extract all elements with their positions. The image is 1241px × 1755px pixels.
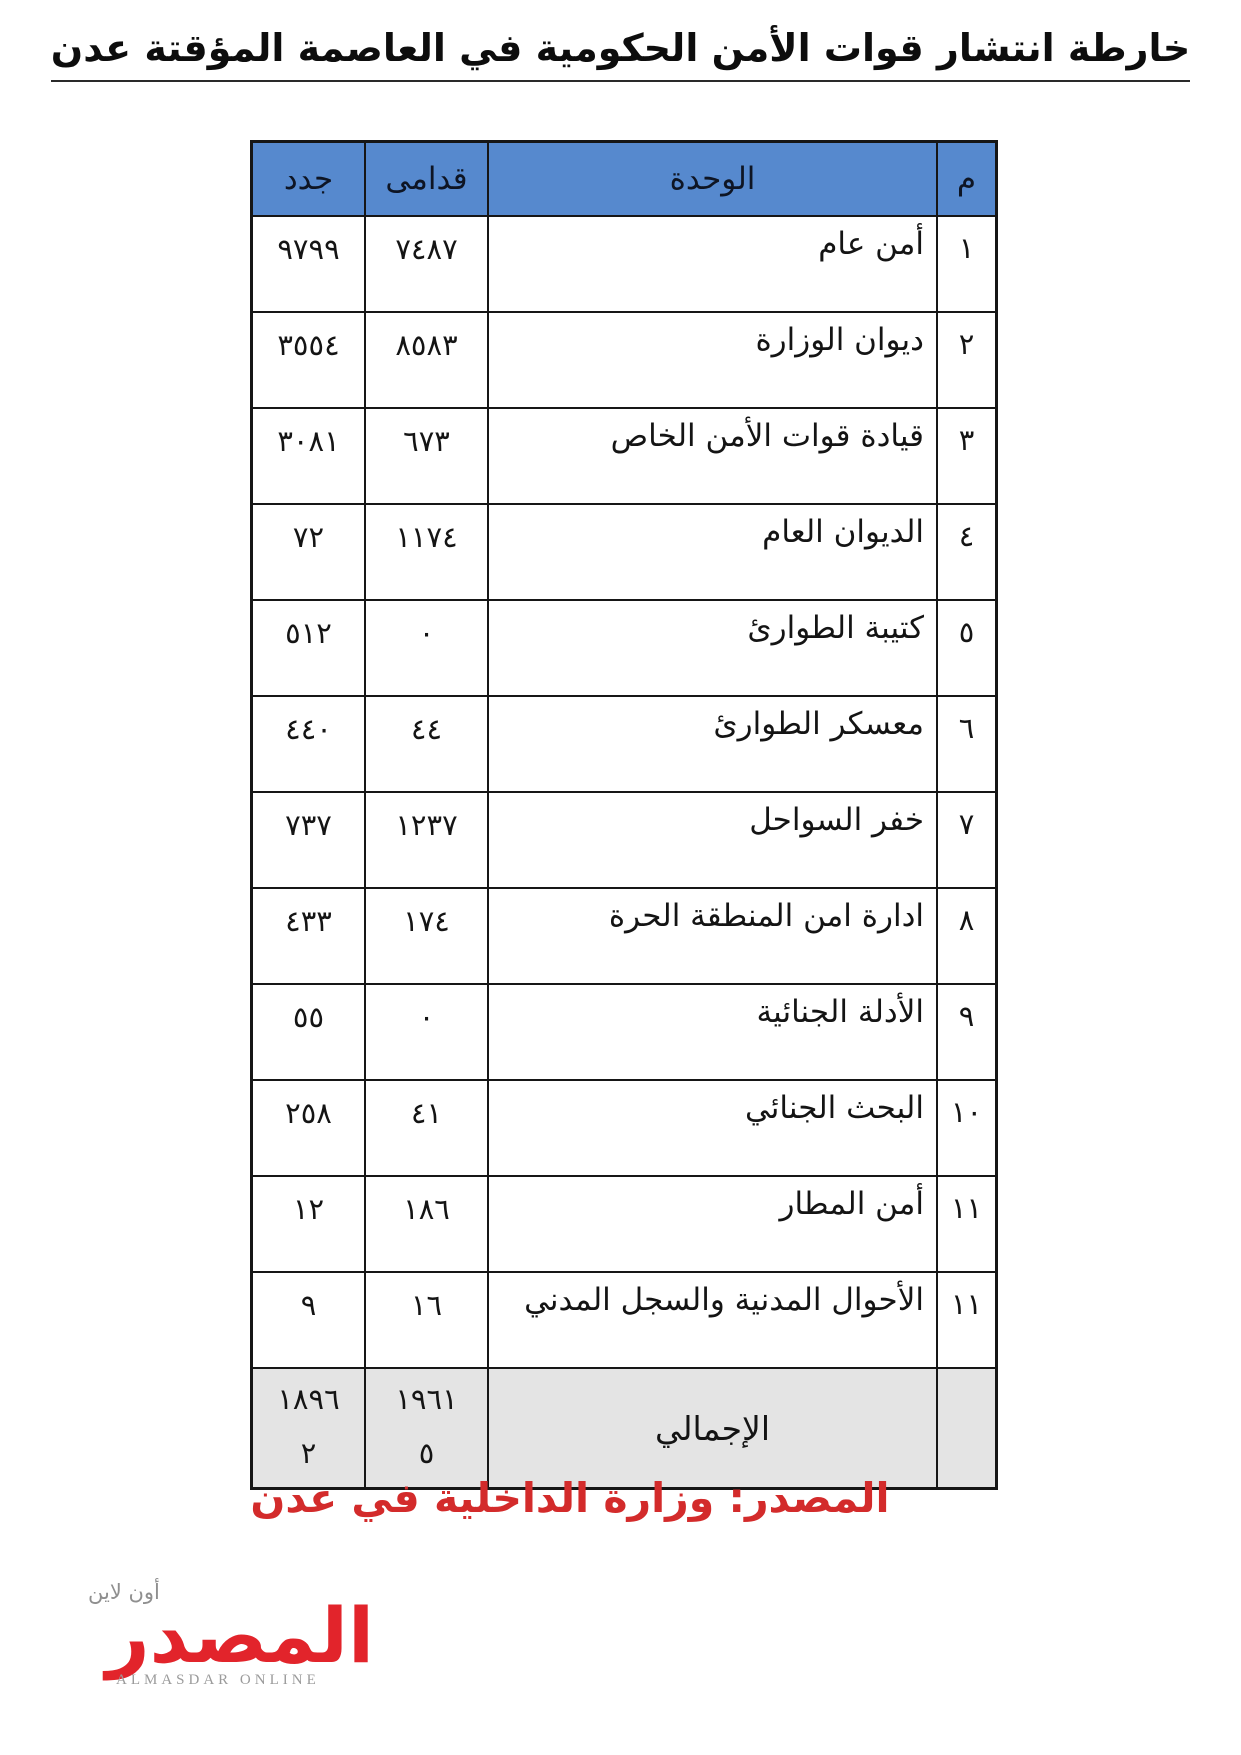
veterans-count-cell: ٤٤ — [366, 697, 489, 791]
table-row: ٨ ادارة امن المنطقة الحرة ١٧٤ ٤٣٣ — [253, 889, 995, 985]
logo-latin-name: Almasdar Online — [116, 1672, 320, 1689]
unit-name-cell: ادارة امن المنطقة الحرة — [489, 889, 938, 983]
veterans-count-cell: ٠ — [366, 601, 489, 695]
row-number-cell: ١٠ — [938, 1081, 995, 1175]
unit-name-cell: ديوان الوزارة — [489, 313, 938, 407]
total-row: الإجمالي ١٩٦١ ٥ ١٨٩٦ ٢ — [253, 1369, 995, 1487]
table-row: ٤ الديوان العام ١١٧٤ ٧٢ — [253, 505, 995, 601]
new-count-cell: ١٢ — [253, 1177, 366, 1271]
new-count-cell: ٢٥٨ — [253, 1081, 366, 1175]
row-number-cell: ٨ — [938, 889, 995, 983]
row-number-cell: ٢ — [938, 313, 995, 407]
header-cell-unit: الوحدة — [489, 143, 938, 215]
veterans-count-cell: ١٢٣٧ — [366, 793, 489, 887]
row-number-cell: ٩ — [938, 985, 995, 1079]
table-row: ١٠ البحث الجنائي ٤١ ٢٥٨ — [253, 1081, 995, 1177]
total-number-cell — [938, 1369, 995, 1487]
table-row: ٥ كتيبة الطوارئ ٠ ٥١٢ — [253, 601, 995, 697]
source-note: المصدر: وزارة الداخلية في عدن — [0, 1474, 1140, 1522]
page-title: خارطة انتشار قوات الأمن الحكومية في العا… — [51, 26, 1190, 82]
unit-name-cell: البحث الجنائي — [489, 1081, 938, 1175]
new-count-cell: ٥١٢ — [253, 601, 366, 695]
row-number-cell: ٦ — [938, 697, 995, 791]
row-number-cell: ٤ — [938, 505, 995, 599]
row-number-cell: ١ — [938, 217, 995, 311]
veterans-count-cell: ١٨٦ — [366, 1177, 489, 1271]
table-row: ١ أمن عام ٧٤٨٧ ٩٧٩٩ — [253, 217, 995, 313]
new-count-cell: ٧٢ — [253, 505, 366, 599]
new-count-cell: ٣٠٨١ — [253, 409, 366, 503]
page-title-wrap: خارطة انتشار قوات الأمن الحكومية في العا… — [0, 26, 1241, 82]
total-veterans-line1: ١٩٦١ — [366, 1373, 487, 1427]
unit-name-cell: أمن المطار — [489, 1177, 938, 1271]
row-number-cell: ٥ — [938, 601, 995, 695]
veterans-count-cell: ٧٤٨٧ — [366, 217, 489, 311]
table-row: ٢ ديوان الوزارة ٨٥٨٣ ٣٥٥٤ — [253, 313, 995, 409]
unit-name-cell: أمن عام — [489, 217, 938, 311]
table-row: ١١ أمن المطار ١٨٦ ١٢ — [253, 1177, 995, 1273]
row-number-cell: ١١ — [938, 1177, 995, 1271]
unit-name-cell: كتيبة الطوارئ — [489, 601, 938, 695]
new-count-cell: ٣٥٥٤ — [253, 313, 366, 407]
veterans-count-cell: ١٦ — [366, 1273, 489, 1367]
header-cell-number: م — [938, 143, 995, 215]
total-label-cell: الإجمالي — [489, 1369, 938, 1487]
veterans-count-cell: ٨٥٨٣ — [366, 313, 489, 407]
unit-name-cell: خفر السواحل — [489, 793, 938, 887]
veterans-count-cell: ٦٧٣ — [366, 409, 489, 503]
logo-wordmark: المصدر — [76, 1596, 374, 1676]
table-row: ٩ الأدلة الجنائية ٠ ٥٥ — [253, 985, 995, 1081]
total-veterans-cell: ١٩٦١ ٥ — [366, 1369, 489, 1487]
almasdar-logo: أون لاين المصدر Almasdar Online — [76, 1580, 376, 1700]
new-count-cell: ٧٣٧ — [253, 793, 366, 887]
unit-name-cell: قيادة قوات الأمن الخاص — [489, 409, 938, 503]
table-row: ٣ قيادة قوات الأمن الخاص ٦٧٣ ٣٠٨١ — [253, 409, 995, 505]
new-count-cell: ٩ — [253, 1273, 366, 1367]
total-new-line2: ٢ — [253, 1427, 364, 1481]
veterans-count-cell: ٤١ — [366, 1081, 489, 1175]
unit-name-cell: الديوان العام — [489, 505, 938, 599]
table-row: ٦ معسكر الطوارئ ٤٤ ٤٤٠ — [253, 697, 995, 793]
total-new-line1: ١٨٩٦ — [253, 1373, 364, 1427]
row-number-cell: ١١ — [938, 1273, 995, 1367]
security-forces-table: م الوحدة قدامى جدد ١ أمن عام ٧٤٨٧ ٩٧٩٩ ٢… — [250, 140, 998, 1490]
header-cell-veterans: قدامى — [366, 143, 489, 215]
table-body: ١ أمن عام ٧٤٨٧ ٩٧٩٩ ٢ ديوان الوزارة ٨٥٨٣… — [253, 217, 995, 1369]
unit-name-cell: الأدلة الجنائية — [489, 985, 938, 1079]
new-count-cell: ٤٣٣ — [253, 889, 366, 983]
table-header-row: م الوحدة قدامى جدد — [253, 143, 995, 217]
veterans-count-cell: ١١٧٤ — [366, 505, 489, 599]
total-veterans-line2: ٥ — [366, 1427, 487, 1481]
new-count-cell: ٤٤٠ — [253, 697, 366, 791]
veterans-count-cell: ١٧٤ — [366, 889, 489, 983]
veterans-count-cell: ٠ — [366, 985, 489, 1079]
unit-name-cell: معسكر الطوارئ — [489, 697, 938, 791]
new-count-cell: ٩٧٩٩ — [253, 217, 366, 311]
table-row: ١١ الأحوال المدنية والسجل المدني ١٦ ٩ — [253, 1273, 995, 1369]
row-number-cell: ٣ — [938, 409, 995, 503]
row-number-cell: ٧ — [938, 793, 995, 887]
header-cell-new: جدد — [253, 143, 366, 215]
unit-name-cell: الأحوال المدنية والسجل المدني — [489, 1273, 938, 1367]
total-new-cell: ١٨٩٦ ٢ — [253, 1369, 366, 1487]
new-count-cell: ٥٥ — [253, 985, 366, 1079]
table-row: ٧ خفر السواحل ١٢٣٧ ٧٣٧ — [253, 793, 995, 889]
